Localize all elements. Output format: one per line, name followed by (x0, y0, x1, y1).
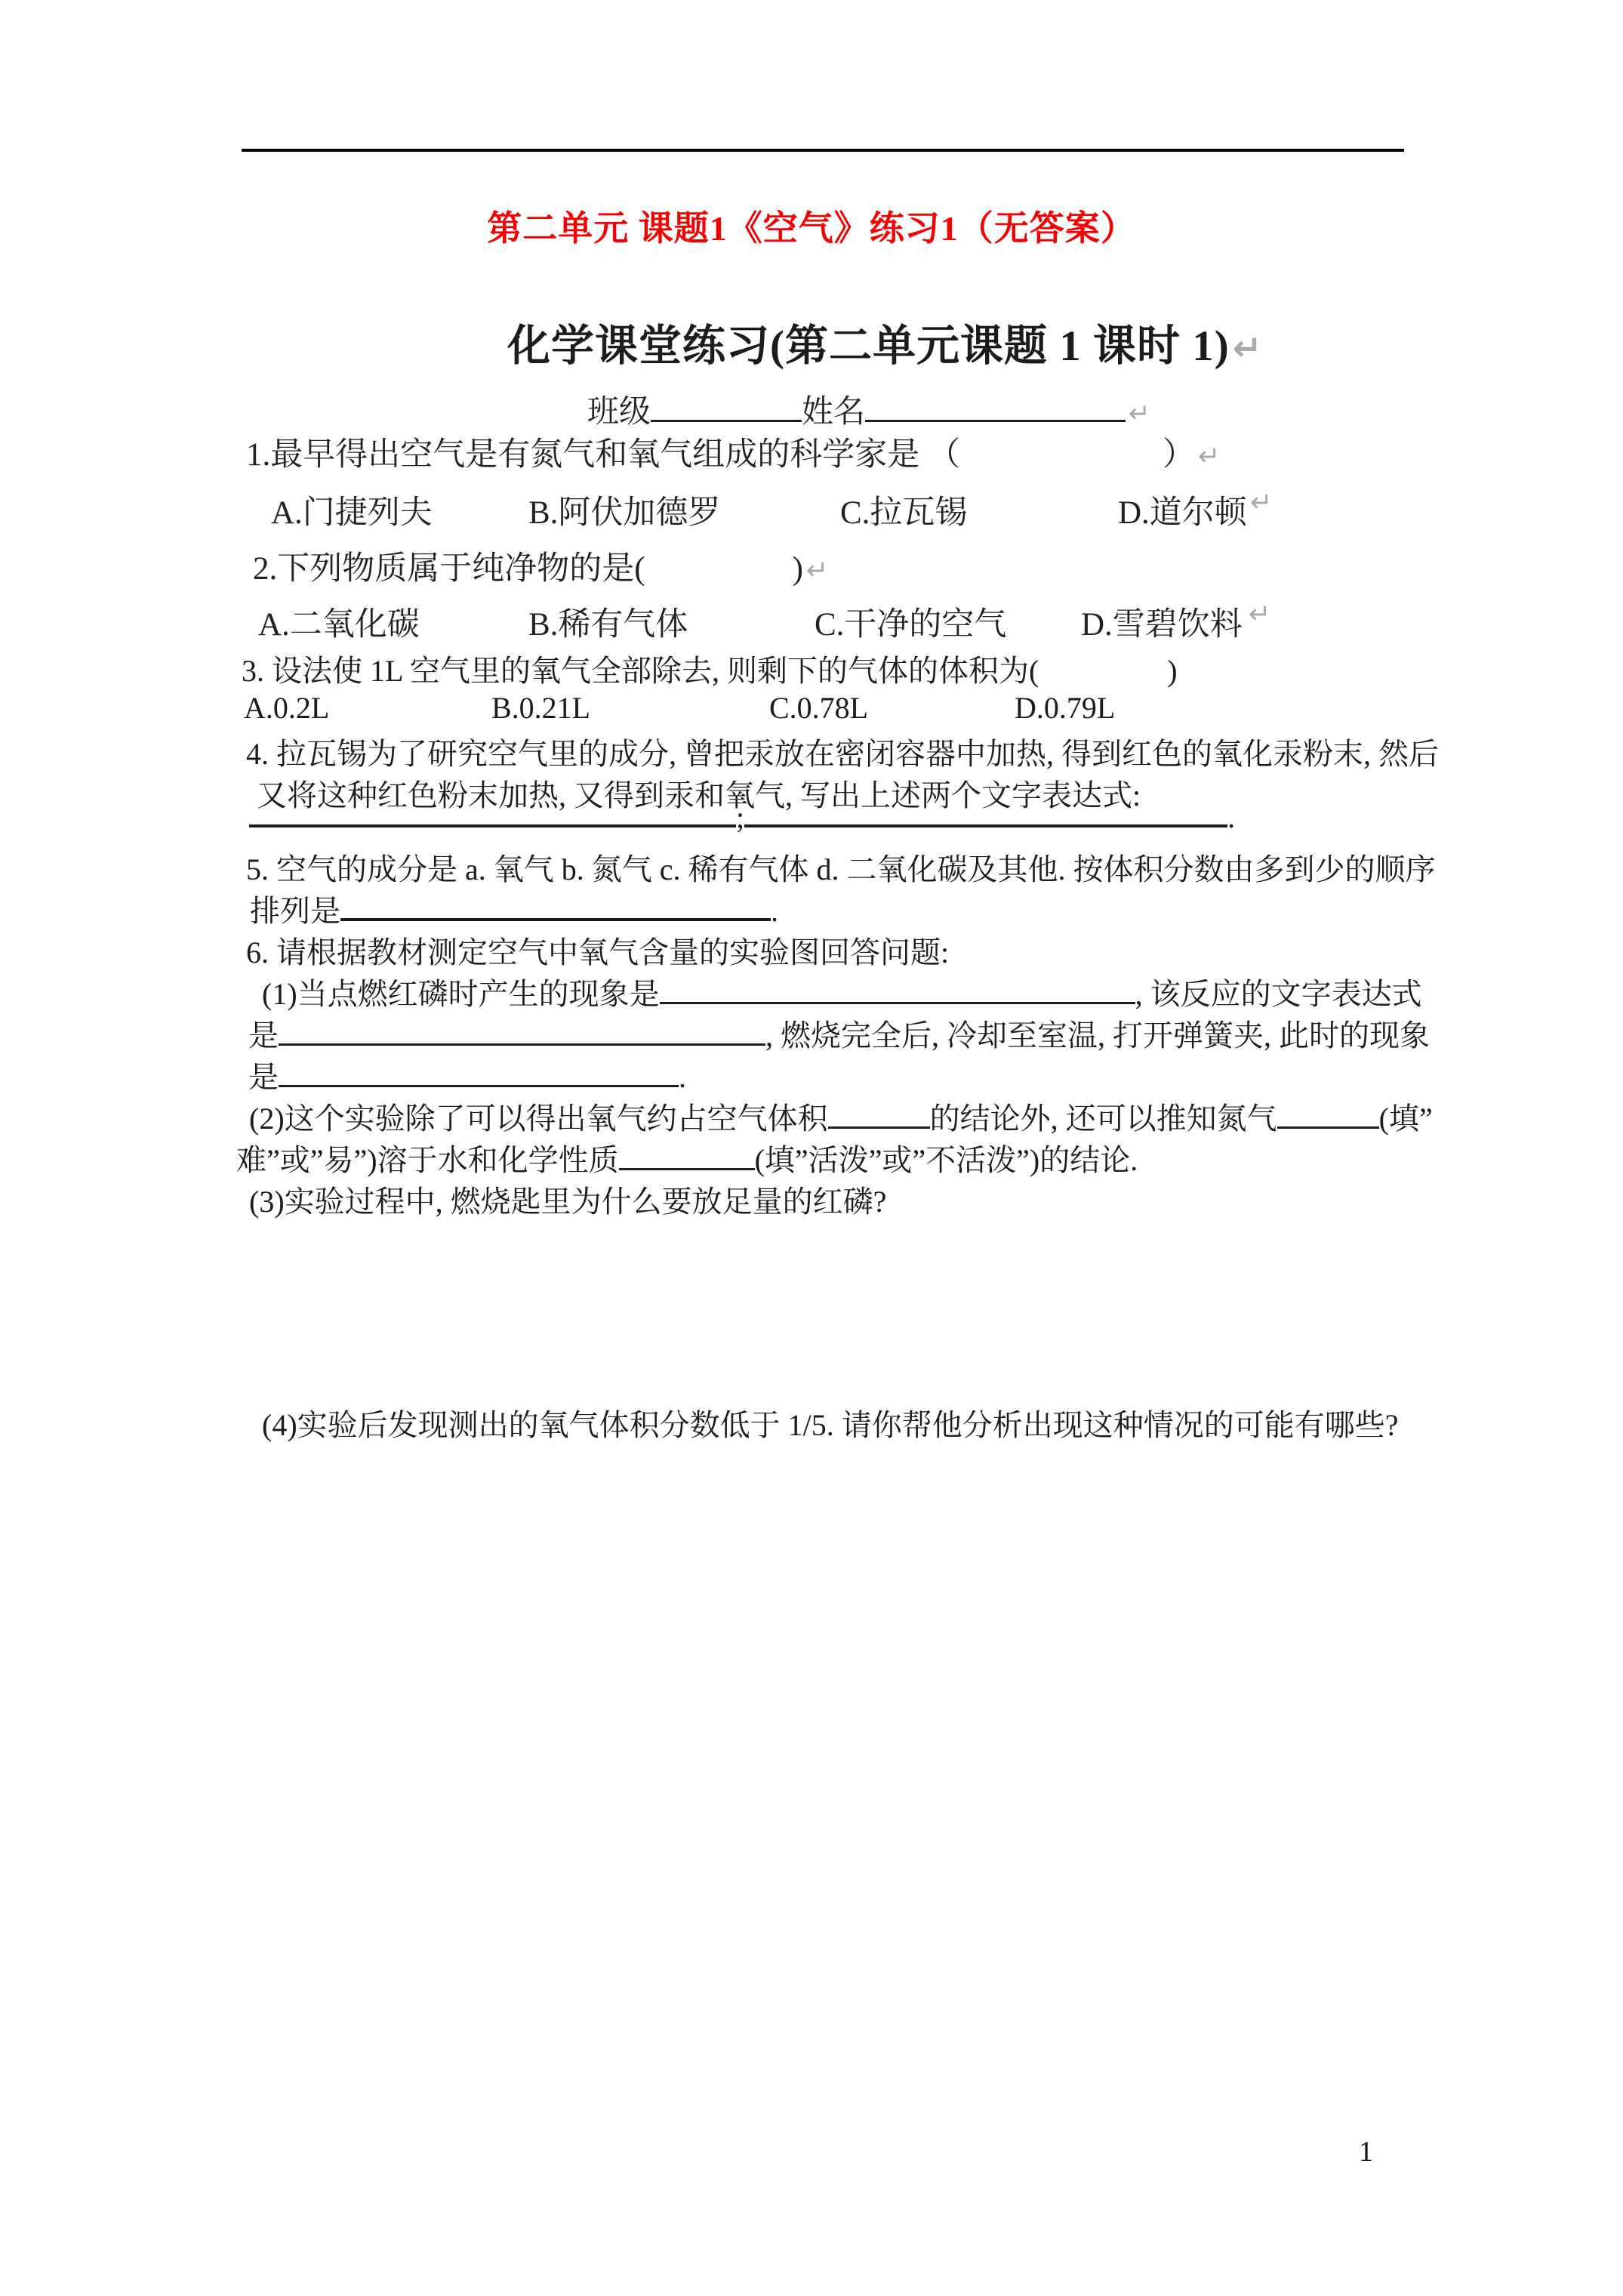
q6-sub1-blank-3 (279, 1059, 679, 1087)
q6-sub1-blank-1 (660, 975, 1135, 1004)
q6-sub2-p3: (填” (1379, 1102, 1433, 1136)
q2-option-b: B.稀有气体 (528, 599, 688, 645)
q6-stem-line: 6. 请根据教材测定空气中氧气含量的实验图回答问题: (246, 929, 949, 972)
q4-terminator: . (1227, 800, 1235, 834)
q5-terminator: . (771, 894, 778, 928)
page-number: 1 (1359, 2135, 1373, 2168)
q5-answer-blank (340, 892, 771, 921)
q6-sub1-p2: , 该反应的文字表达式 (1135, 977, 1422, 1011)
q6-sub1-p4: , 燃烧完全后, 冷却至室温, 打开弹簧夹, 此时的现象 (765, 1019, 1430, 1052)
q4-answer-line: ;. (249, 799, 1235, 835)
q2-option-d: D.雪碧饮料 (1081, 599, 1243, 645)
paragraph-mark-icon: ↵ (1195, 441, 1221, 472)
class-name-line: 班级姓名↵ (587, 387, 1150, 432)
paragraph-mark-icon: ↵ (1126, 399, 1150, 429)
q1-option-c: C.拉瓦锡 (840, 487, 967, 533)
name-label: 姓名 (802, 395, 865, 430)
q6-sub4-line: (4)实验后发现测出的氧气体积分数低于 1/5. 请你帮他分析出现这种情况的可能… (262, 1401, 1399, 1444)
q3-option-a: A.0.2L (244, 690, 329, 726)
worksheet-page: 第二单元 课题1《空气》练习1（无答案） 化学课堂练习(第二单元课题 1 课时 … (0, 0, 1623, 2296)
document-title: 第二单元 课题1《空气》练习1（无答案） (0, 201, 1623, 251)
q6-sub1-blank-2 (279, 1017, 765, 1046)
q6-sub2-p5: (填”活泼”或”不活泼”)的结论. (755, 1143, 1138, 1177)
paragraph-mark-icon: ↵ (1246, 599, 1271, 630)
q6-sub2-line1: (2)这个实验除了可以得出氧气约占空气体积的结论外, 还可以推知氮气(填” (249, 1095, 1433, 1138)
class-label: 班级 (587, 395, 651, 430)
q1-option-a: A.门捷列夫 (271, 487, 433, 533)
q4-line1: 4. 拉瓦锡为了研究空气里的成分, 曾把汞放在密闭容器中加热, 得到红色的氧化汞… (246, 730, 1439, 773)
q3-option-b: B.0.21L (491, 690, 590, 726)
q5-answer-line: 排列是. (250, 887, 778, 930)
q1-options-line: A.门捷列夫 B.阿伏加德罗 C.拉瓦锡 D.道尔顿 ↵ (0, 487, 1623, 528)
q6-sub2-p1: (2)这个实验除了可以得出氧气约占空气体积 (249, 1102, 828, 1136)
worksheet-title-text: 化学课堂练习(第二单元课题 1 课时 1) (507, 322, 1230, 370)
q6-sub2-p4: 难”或”易”)溶于水和化学性质 (236, 1143, 619, 1177)
q5-line2-prefix: 排列是 (250, 894, 340, 928)
q6-sub1-p5: 是 (248, 1060, 279, 1094)
q6-sub1-p3: 是 (248, 1019, 279, 1052)
q4-answer-blank-1 (249, 799, 736, 827)
q6-sub1-line3: 是. (248, 1053, 686, 1096)
q6-sub1-p1: (1)当点燃红磷时产生的现象是 (262, 977, 660, 1011)
q3-stem-line: 3. 设法使 1L 空气里的氧气全部除去, 则剩下的气体的体积为() (242, 647, 1178, 690)
header-rule (242, 149, 1404, 152)
q6-sub2-p2: 的结论外, 还可以推知氮气 (930, 1102, 1277, 1136)
q6-sub1-line1: (1)当点燃红磷时产生的现象是, 该反应的文字表达式 (262, 970, 1422, 1013)
q2-answer-space (645, 550, 793, 579)
paragraph-mark-icon: ↵ (1230, 328, 1263, 369)
q1-answer-space (960, 436, 1163, 465)
q2-option-c: C.干净的空气 (815, 599, 1006, 645)
q1-option-d: D.道尔顿 (1118, 487, 1247, 533)
q4-separator: ; (736, 800, 744, 834)
q2-stem: 2.下列物质属于纯净物的是( (253, 551, 645, 587)
q3-options-line: A.0.2L B.0.21L C.0.78L D.0.79L (0, 690, 1623, 731)
q5-line1: 5. 空气的成分是 a. 氧气 b. 氮气 c. 稀有气体 d. 二氧化碳及其他… (246, 846, 1436, 889)
q1-stem: 1.最早得出空气是有氮气和氧气组成的科学家是 （ (246, 437, 960, 473)
q6-sub2-blank-3 (619, 1142, 755, 1170)
q2-option-a: A.二氧化碳 (258, 599, 420, 645)
worksheet-title: 化学课堂练习(第二单元课题 1 课时 1)↵ (507, 311, 1263, 373)
q2-stem-line: 2.下列物质属于纯净物的是()↵ (253, 543, 828, 589)
q6-sub1-line2: 是, 燃烧完全后, 冷却至室温, 打开弹簧夹, 此时的现象 (248, 1012, 1430, 1055)
q6-sub2-blank-2 (1277, 1100, 1379, 1129)
q3-option-c: C.0.78L (769, 690, 868, 726)
q1-stem-line: 1.最早得出空气是有氮气和氧气组成的科学家是 （）↵ (246, 429, 1221, 475)
q6-sub2-blank-1 (828, 1100, 930, 1129)
q6-sub2-line2: 难”或”易”)溶于水和化学性质(填”活泼”或”不活泼”)的结论. (236, 1136, 1138, 1179)
name-blank (865, 392, 1126, 422)
q6-sub1-terminator: . (679, 1060, 686, 1094)
paragraph-mark-icon: ↵ (1247, 487, 1273, 518)
q2-stem-close: ) (793, 551, 803, 587)
q3-answer-space (1039, 654, 1167, 681)
paragraph-mark-icon: ↵ (803, 555, 829, 586)
q3-stem-close: ) (1167, 654, 1177, 688)
q3-stem: 3. 设法使 1L 空气里的氧气全部除去, 则剩下的气体的体积为( (242, 654, 1039, 688)
q2-options-line: A.二氧化碳 B.稀有气体 C.干净的空气 D.雪碧饮料 ↵ (0, 599, 1623, 639)
q4-answer-blank-2 (744, 799, 1227, 827)
q1-option-b: B.阿伏加德罗 (528, 487, 720, 533)
q6-sub3-line: (3)实验过程中, 燃烧匙里为什么要放足量的红磷? (249, 1178, 886, 1221)
q3-option-d: D.0.79L (1015, 690, 1115, 726)
q1-stem-close: ） (1163, 437, 1195, 473)
class-blank (651, 392, 802, 422)
